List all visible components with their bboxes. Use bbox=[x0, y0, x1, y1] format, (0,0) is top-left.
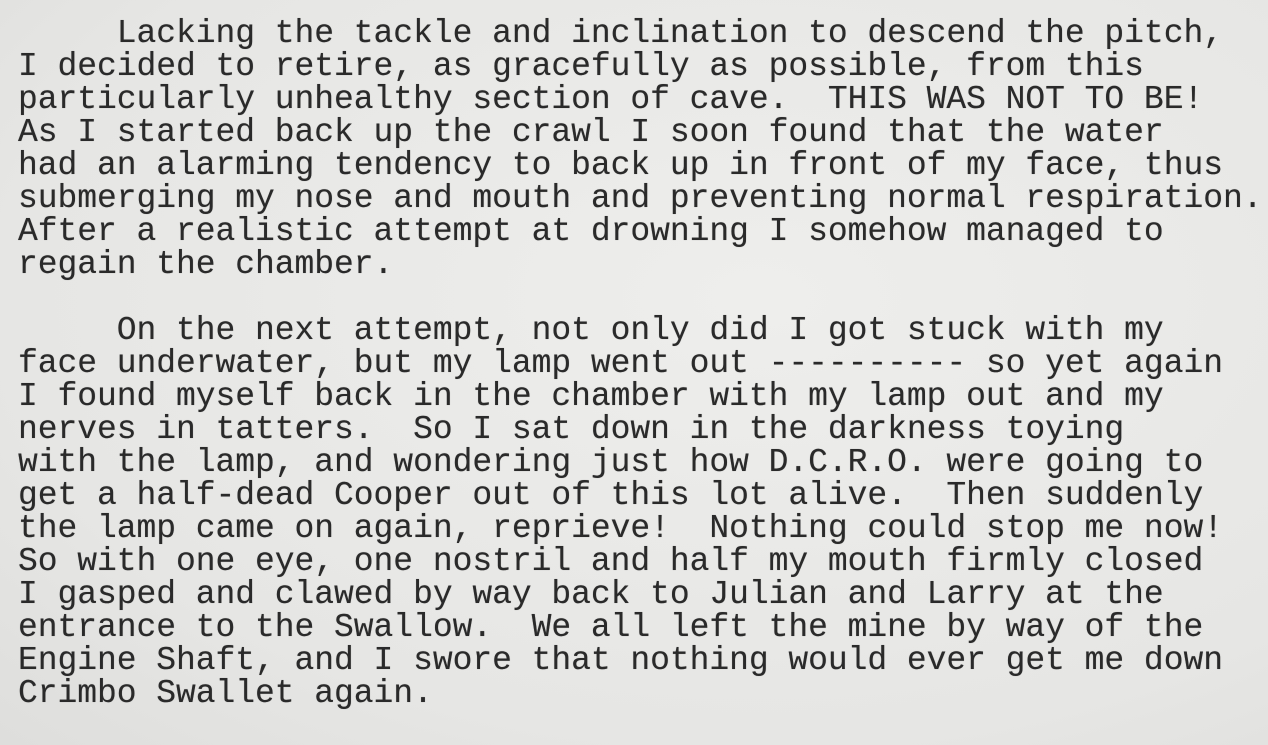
text-line: Crimbo Swallet again. bbox=[18, 677, 1223, 710]
text-line: Engine Shaft, and I swore that nothing w… bbox=[18, 644, 1223, 677]
text-line: particularly unhealthy section of cave. … bbox=[18, 83, 1262, 116]
text-line: After a realistic attempt at drowning I … bbox=[18, 215, 1262, 248]
text-line: had an alarming tendency to back up in f… bbox=[18, 149, 1262, 182]
text-line: So with one eye, one nostril and half my… bbox=[18, 545, 1223, 578]
text-line: get a half-dead Cooper out of this lot a… bbox=[18, 479, 1223, 512]
typewritten-page: Lacking the tackle and inclination to de… bbox=[0, 0, 1268, 745]
text-line: the lamp came on again, reprieve! Nothin… bbox=[18, 512, 1223, 545]
text-line: face underwater, but my lamp went out --… bbox=[18, 347, 1223, 380]
text-line: On the next attempt, not only did I got … bbox=[18, 314, 1223, 347]
text-line: with the lamp, and wondering just how D.… bbox=[18, 446, 1223, 479]
text-line: I decided to retire, as gracefully as po… bbox=[18, 50, 1262, 83]
text-line: Lacking the tackle and inclination to de… bbox=[18, 17, 1262, 50]
text-line: nerves in tatters. So I sat down in the … bbox=[18, 413, 1223, 446]
text-line: I gasped and clawed by way back to Julia… bbox=[18, 578, 1223, 611]
paragraph-1: Lacking the tackle and inclination to de… bbox=[18, 17, 1262, 281]
text-line: As I started back up the crawl I soon fo… bbox=[18, 116, 1262, 149]
text-line: submerging my nose and mouth and prevent… bbox=[18, 182, 1262, 215]
text-line: entrance to the Swallow. We all left the… bbox=[18, 611, 1223, 644]
paragraph-2: On the next attempt, not only did I got … bbox=[18, 314, 1223, 710]
text-line: I found myself back in the chamber with … bbox=[18, 380, 1223, 413]
text-line: regain the chamber. bbox=[18, 248, 1262, 281]
